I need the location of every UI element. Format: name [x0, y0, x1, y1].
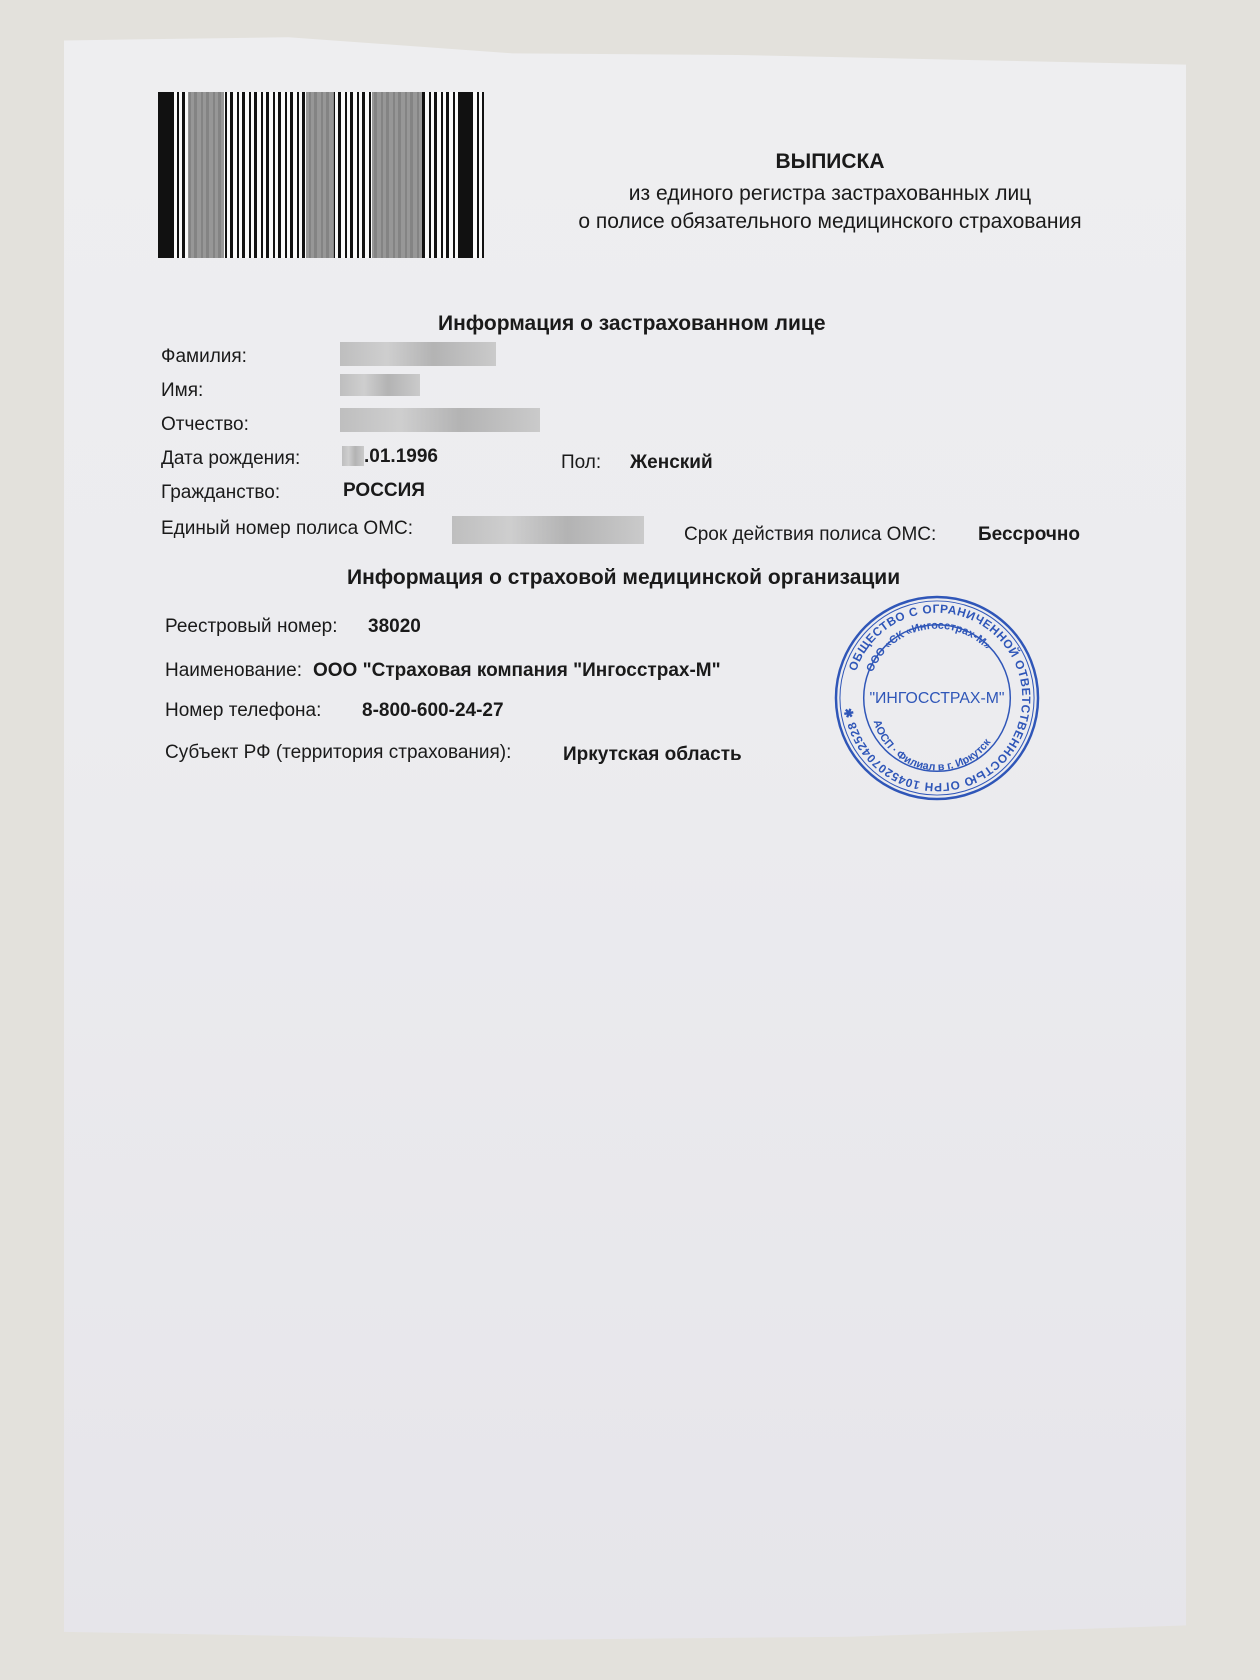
patronymic-label: Отчество: [161, 414, 249, 436]
svg-text:"ИНГОССТРАХ-М": "ИНГОССТРАХ-М" [869, 690, 1004, 707]
patronymic-redacted [340, 408, 540, 432]
birthdate-value: .01.1996 [364, 446, 438, 468]
policy-validity-label: Срок действия полиса ОМС: [684, 524, 936, 546]
citizenship-label: Гражданство: [161, 482, 280, 504]
citizenship-value: РОССИЯ [343, 480, 425, 502]
document-header: ВЫПИСКА из единого регистра застрахованн… [520, 150, 1140, 236]
document-page [64, 34, 1186, 1648]
sex-label: Пол: [561, 452, 601, 474]
phone-label: Номер телефона: [165, 700, 321, 722]
region-label: Субъект РФ (территория страхования): [165, 742, 511, 764]
name-redacted [340, 374, 420, 396]
region-value: Иркутская область [563, 744, 742, 766]
birthdate-label: Дата рождения: [161, 448, 300, 470]
registry-number-value: 38020 [368, 616, 421, 638]
document-title: ВЫПИСКА [520, 150, 1140, 174]
name-label: Имя: [161, 380, 203, 402]
seal-icon: ОБЩЕСТВО С ОГРАНИЧЕННОЙ ОТВЕТСТВЕННОСТЬЮ… [828, 594, 1046, 802]
insurer-section-title: Информация о страховой медицинской орган… [347, 566, 900, 590]
insurer-name-value: ООО "Страховая компания "Ингосстрах-М" [313, 660, 721, 682]
pdf417-barcode-icon [158, 92, 484, 258]
document-subtitle-2: о полисе обязательного медицинского стра… [520, 208, 1140, 236]
phone-value: 8-800-600-24-27 [362, 700, 504, 722]
barcode-redaction [188, 92, 224, 258]
policy-number-redacted [452, 516, 644, 544]
insured-person-section-title: Информация о застрахованном лице [438, 312, 826, 336]
company-seal-stamp: ОБЩЕСТВО С ОГРАНИЧЕННОЙ ОТВЕТСТВЕННОСТЬЮ… [828, 594, 1046, 802]
surname-label: Фамилия: [161, 346, 247, 368]
insurer-name-label: Наименование: [165, 660, 302, 682]
surname-redacted [340, 342, 496, 366]
registry-number-label: Реестровый номер: [165, 616, 337, 638]
barcode-redaction [306, 92, 334, 258]
sex-value: Женский [630, 452, 713, 474]
birth-day-redacted [342, 446, 364, 466]
policy-validity-value: Бессрочно [978, 524, 1080, 546]
policy-number-label: Единый номер полиса ОМС: [161, 518, 413, 540]
barcode-redaction [372, 92, 422, 258]
document-subtitle-1: из единого регистра застрахованных лиц [520, 180, 1140, 208]
